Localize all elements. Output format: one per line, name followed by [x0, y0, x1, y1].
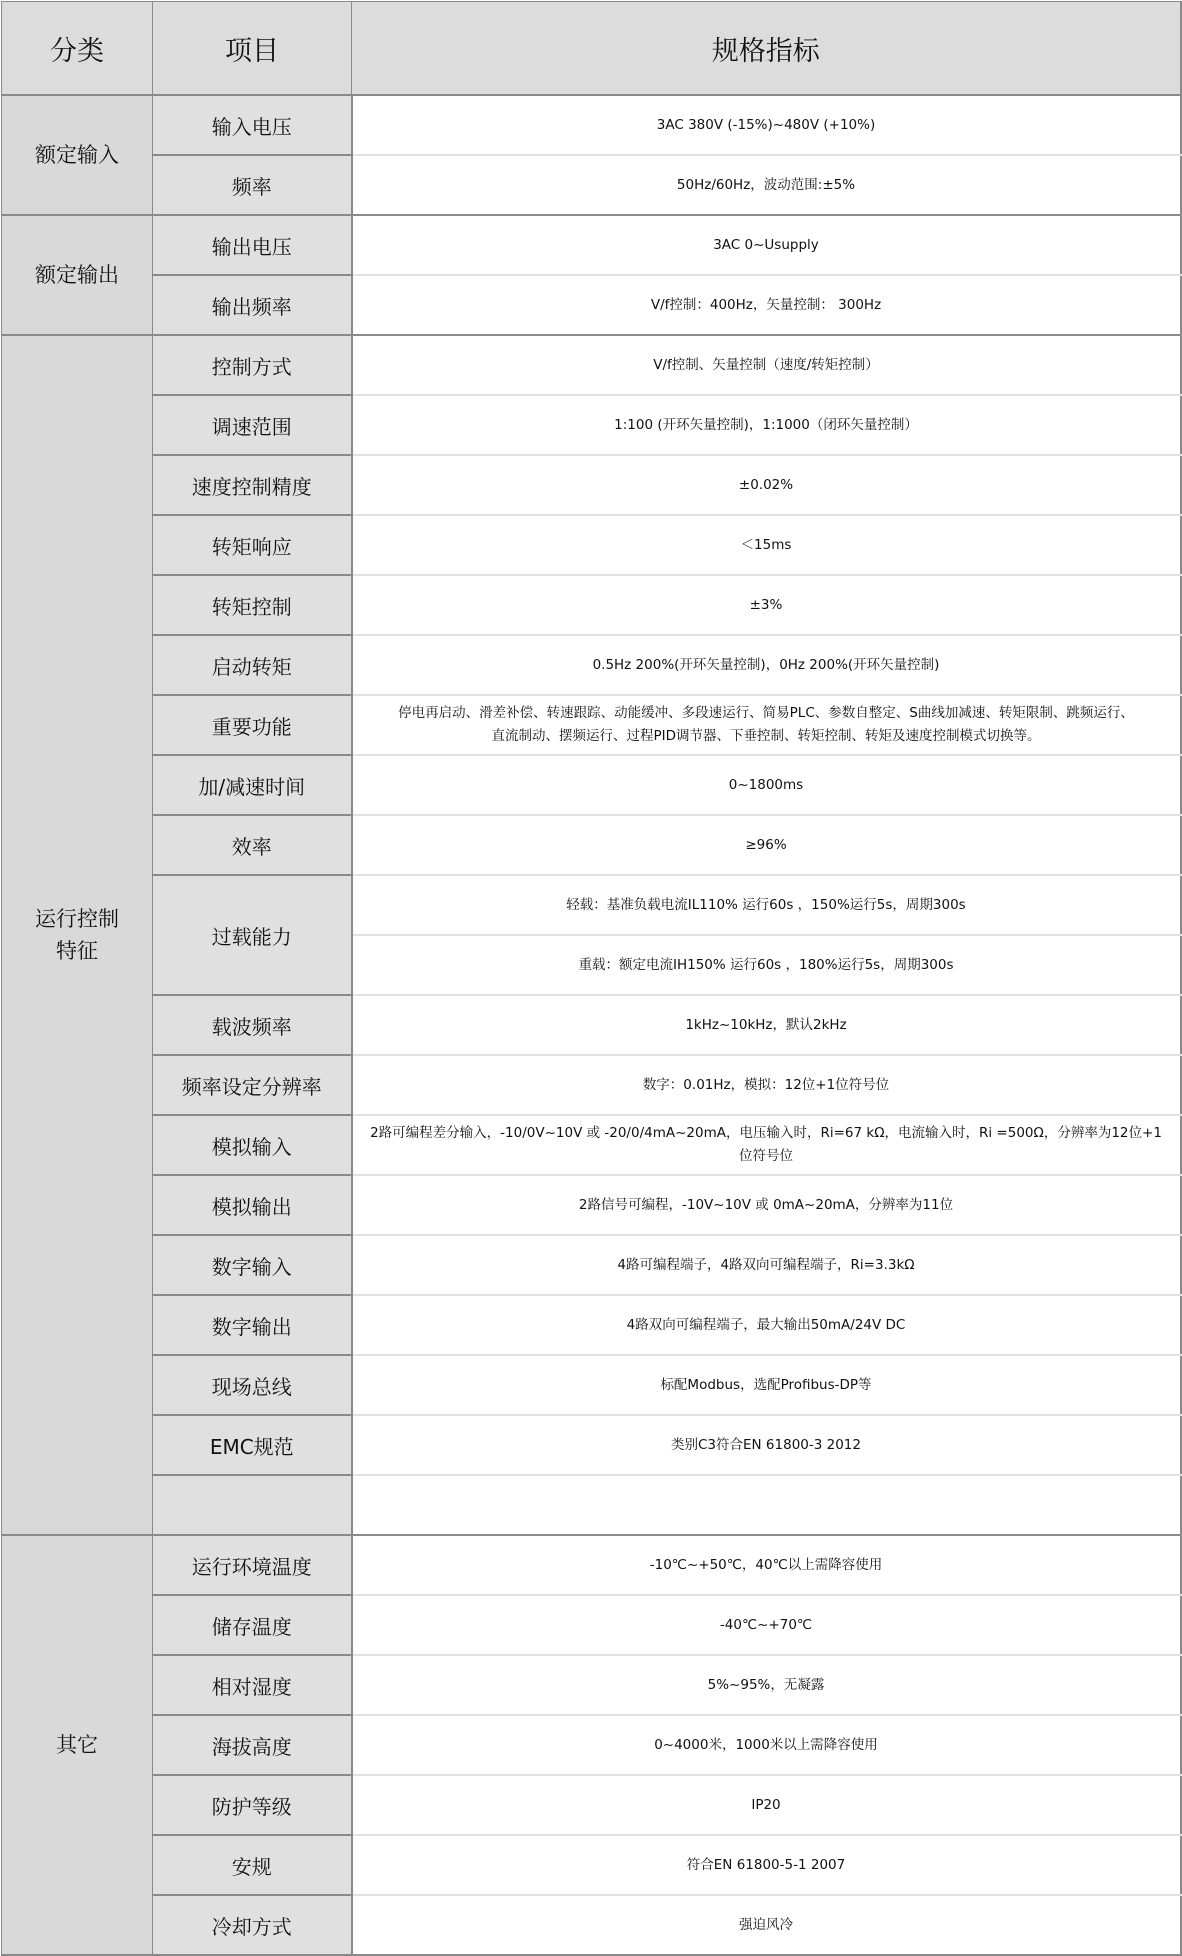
table-row: 输出频率 V/f控制：400Hz，矢量控制： 300Hz: [2, 275, 1181, 335]
header-category: 分类: [2, 2, 153, 96]
table-row: EMC规范 类别C3符合EN 61800-3 2012: [2, 1415, 1181, 1475]
item-cell: 输入电压: [153, 95, 352, 155]
value-cell: 轻载：基准负载电流IL110% 运行60s ，150%运行5s，周期300s: [352, 875, 1181, 935]
item-cell: 速度控制精度: [153, 455, 352, 515]
item-cell: 转矩响应: [153, 515, 352, 575]
table-row: 额定输入 输入电压 3AC 380V (-15%)~480V (+10%): [2, 95, 1181, 155]
item-cell: 频率: [153, 155, 352, 215]
table-row: 频率设定分辨率 数字：0.01Hz，模拟：12位+1位符号位: [2, 1055, 1181, 1115]
value-cell: 标配Modbus，选配Profibus-DP等: [352, 1355, 1181, 1415]
header-row: 分类 项目 规格指标: [2, 2, 1181, 96]
item-cell: 过载能力: [153, 875, 352, 995]
table-row: 运行控制 特征 控制方式 V/f控制、矢量控制（速度/转矩控制）: [2, 335, 1181, 395]
table-row: 转矩控制 ±3%: [2, 575, 1181, 635]
value-cell: 2路信号可编程，-10V~10V 或 0mA~20mA，分辨率为11位: [352, 1175, 1181, 1235]
table-row: 加/减速时间 0~1800ms: [2, 755, 1181, 815]
value-cell: 停电再启动、滑差补偿、转速跟踪、动能缓冲、多段速运行、简易PLC、参数自整定、S…: [352, 695, 1181, 755]
table-row: 调速范围 1:100 (开环矢量控制)，1:1000（闭环矢量控制）: [2, 395, 1181, 455]
item-cell: 重要功能: [153, 695, 352, 755]
item-cell: 防护等级: [153, 1775, 352, 1835]
table-row: 效率 ≥96%: [2, 815, 1181, 875]
table-row: 频率 50Hz/60Hz，波动范围:±5%: [2, 155, 1181, 215]
table-row: 防护等级 IP20: [2, 1775, 1181, 1835]
value-cell: [352, 1475, 1181, 1535]
header-item: 项目: [153, 2, 352, 96]
category-line: 特征: [2, 935, 152, 967]
table-row: 载波频率 1kHz~10kHz，默认2kHz: [2, 995, 1181, 1055]
value-cell: IP20: [352, 1775, 1181, 1835]
value-cell: 符合EN 61800-5-1 2007: [352, 1835, 1181, 1894]
spec-body: 额定输入 输入电压 3AC 380V (-15%)~480V (+10%) 频率…: [2, 95, 1181, 1894]
table-row: 转矩响应 ＜15ms: [2, 515, 1181, 575]
item-cell: 数字输入: [153, 1235, 352, 1295]
category-cell: 运行控制 特征: [2, 335, 153, 1535]
value-cell: ≥96%: [352, 815, 1181, 875]
category-cell: 额定输出: [2, 215, 153, 335]
value-cell: 类别C3符合EN 61800-3 2012: [352, 1415, 1181, 1475]
table-row: 数字输入 4路可编程端子，4路双向可编程端子，Ri=3.3kΩ: [2, 1235, 1181, 1295]
item-cell: 数字输出: [153, 1295, 352, 1355]
value-cell: -10℃~+50℃，40℃以上需降容使用: [352, 1535, 1181, 1595]
item-cell: 控制方式: [153, 335, 352, 395]
value-cell: 0~4000米，1000米以上需降容使用: [352, 1715, 1181, 1775]
table-row: 启动转矩 0.5Hz 200%(开环矢量控制)，0Hz 200%(开环矢量控制): [2, 635, 1181, 695]
item-cell: 输出电压: [153, 215, 352, 275]
spec-table: 分类 项目 规格指标 额定输入 输入电压 3AC 380V (-15%)~480…: [1, 1, 1182, 1894]
item-cell: 调速范围: [153, 395, 352, 455]
item-cell: 载波频率: [153, 995, 352, 1055]
item-cell: EMC规范: [153, 1415, 352, 1475]
table-row: 重要功能 停电再启动、滑差补偿、转速跟踪、动能缓冲、多段速运行、简易PLC、参数…: [2, 695, 1181, 755]
item-cell: 储存温度: [153, 1595, 352, 1655]
value-cell: 4路双向可编程端子，最大输出50mA/24V DC: [352, 1295, 1181, 1355]
table-row: 其它 运行环境温度 -10℃~+50℃，40℃以上需降容使用: [2, 1535, 1181, 1595]
value-cell: 数字：0.01Hz，模拟：12位+1位符号位: [352, 1055, 1181, 1115]
item-cell: [153, 1475, 352, 1535]
item-cell: 输出频率: [153, 275, 352, 335]
item-cell: 启动转矩: [153, 635, 352, 695]
header-spec: 规格指标: [352, 2, 1181, 96]
item-cell: 相对湿度: [153, 1655, 352, 1715]
value-cell: 50Hz/60Hz，波动范围:±5%: [352, 155, 1181, 215]
table-row: [2, 1475, 1181, 1535]
table-row: 相对湿度 5%~95%，无凝露: [2, 1655, 1181, 1715]
item-cell: 转矩控制: [153, 575, 352, 635]
category-cell: 额定输入: [2, 95, 153, 215]
value-cell: 重载：额定电流IH150% 运行60s ，180%运行5s，周期300s: [352, 935, 1181, 995]
value-cell: 1:100 (开环矢量控制)，1:1000（闭环矢量控制）: [352, 395, 1181, 455]
item-cell: 现场总线: [153, 1355, 352, 1415]
value-cell: 3AC 380V (-15%)~480V (+10%): [352, 95, 1181, 155]
value-cell: ±0.02%: [352, 455, 1181, 515]
item-cell: 海拔高度: [153, 1715, 352, 1775]
item-cell: 频率设定分辨率: [153, 1055, 352, 1115]
value-cell: 4路可编程端子，4路双向可编程端子，Ri=3.3kΩ: [352, 1235, 1181, 1295]
value-cell: 3AC 0~Usupply: [352, 215, 1181, 275]
table-row: 现场总线 标配Modbus，选配Profibus-DP等: [2, 1355, 1181, 1415]
table-row: 额定输出 输出电压 3AC 0~Usupply: [2, 215, 1181, 275]
category-line: 运行控制: [2, 903, 152, 935]
item-cell: 加/减速时间: [153, 755, 352, 815]
category-cell: 其它: [2, 1535, 153, 1894]
value-cell: V/f控制：400Hz，矢量控制： 300Hz: [352, 275, 1181, 335]
item-cell: 模拟输出: [153, 1175, 352, 1235]
value-cell: -40℃~+70℃: [352, 1595, 1181, 1655]
table-row: 海拔高度 0~4000米，1000米以上需降容使用: [2, 1715, 1181, 1775]
item-cell: 模拟输入: [153, 1115, 352, 1175]
value-cell: 1kHz~10kHz，默认2kHz: [352, 995, 1181, 1055]
table-row: 速度控制精度 ±0.02%: [2, 455, 1181, 515]
value-cell: 0.5Hz 200%(开环矢量控制)，0Hz 200%(开环矢量控制): [352, 635, 1181, 695]
table-row: 数字输出 4路双向可编程端子，最大输出50mA/24V DC: [2, 1295, 1181, 1355]
item-cell: 安规: [153, 1835, 352, 1894]
value-cell: ＜15ms: [352, 515, 1181, 575]
table-row: 储存温度 -40℃~+70℃: [2, 1595, 1181, 1655]
item-cell: 运行环境温度: [153, 1535, 352, 1595]
value-cell: ±3%: [352, 575, 1181, 635]
table-row: 安规 符合EN 61800-5-1 2007: [2, 1835, 1181, 1894]
table-row: 过载能力 轻载：基准负载电流IL110% 运行60s ，150%运行5s，周期3…: [2, 875, 1181, 935]
value-cell: 2路可编程差分输入，-10/0V~10V 或 -20/0/4mA~20mA，电压…: [352, 1115, 1181, 1175]
table-row: 模拟输出 2路信号可编程，-10V~10V 或 0mA~20mA，分辨率为11位: [2, 1175, 1181, 1235]
item-cell: 效率: [153, 815, 352, 875]
value-cell: 5%~95%，无凝露: [352, 1655, 1181, 1715]
value-cell: 0~1800ms: [352, 755, 1181, 815]
table-row: 模拟输入 2路可编程差分输入，-10/0V~10V 或 -20/0/4mA~20…: [2, 1115, 1181, 1175]
value-cell: V/f控制、矢量控制（速度/转矩控制）: [352, 335, 1181, 395]
